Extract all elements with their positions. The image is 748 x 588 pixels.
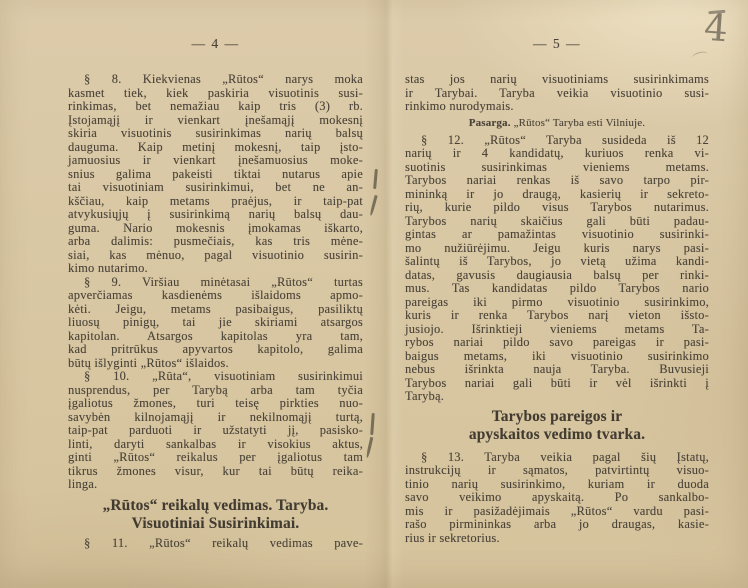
- text-line: Tarybos pareigos ir: [405, 408, 709, 427]
- text-line: § 12. „Rūtos“ Taryba susideda iš 12: [405, 134, 709, 148]
- note-pasarga: Pasarga. „Rūtos“ Taryba esti Vilniuje.: [405, 117, 709, 130]
- text-line: snius galima pakeisti tiktai nutarus api…: [68, 168, 363, 182]
- text-line: kasmet tiek, kiek paskiria visuotinis su…: [68, 87, 363, 101]
- text-line: apyskaitos vedimo tvarka.: [405, 426, 709, 445]
- text-line: dauguma. Kaip metinį mokesnį, taip įsto-: [68, 141, 363, 155]
- text-line: Tarybos narių skaičius gali būti padau-: [405, 215, 709, 229]
- text-line: narių ir 4 kandidatų, kuriuos renka vi-: [405, 147, 709, 161]
- text-line: savo veikimo apyskaitą. Po sankalbo-: [405, 491, 709, 505]
- text-line: Tarybą.: [405, 390, 709, 404]
- page-gutter-crease: [364, 0, 404, 588]
- paragraph-section-11-continued: stas jos narių visuotiniams susirinkimam…: [405, 73, 709, 114]
- text-line: § 11. „Rūtos“ reikalų vedimas pave-: [68, 537, 363, 551]
- scanned-book-spread: — 4 — § 8. Kiekvienas „Rūtos“ narys moka…: [0, 0, 748, 588]
- text-line: stas jos narių visuotiniams susirinkimam…: [405, 73, 709, 87]
- text-line: kapitolan. Atsargos kapitolas yra tam,: [68, 330, 363, 344]
- text-line: guma. Nario mokesnis įmokamas iškarto,: [68, 222, 363, 236]
- text-line: datas, gavusis daugiausia balsų per rink…: [405, 269, 709, 283]
- text-line: linga.: [68, 478, 363, 492]
- paragraph-section-11: § 11. „Rūtos“ reikalų vedimas pave-: [68, 537, 363, 551]
- text-line: mo nužiūrėjimu. Jeigu kuris narys pasi-: [405, 242, 709, 256]
- text-line: Įstojamąjį ir vienkart įnešamąjį mokesnį: [68, 114, 363, 128]
- text-line: kščiau, kaip metams praėjus, ir taip-pat: [68, 195, 363, 209]
- paragraph-section-12: § 12. „Rūtos“ Taryba susideda iš 12narių…: [405, 134, 709, 404]
- text-line: § 9. Viršiau minėtasai „Rūtos“ turtas: [68, 276, 363, 290]
- text-line: nebus išrinkta nauja Taryba. Buvusieji: [405, 363, 709, 377]
- text-line: savybėn kilnojamąjį ir nekilnomąjį turtą…: [68, 411, 363, 425]
- text-line: § 8. Kiekvienas „Rūtos“ narys moka: [68, 73, 363, 87]
- text-line: kuris ir renka Tarybos narį vieton išsto…: [405, 309, 709, 323]
- text-line: liuosų pinigų, tai jie skiriami atsargos: [68, 316, 363, 330]
- text-line: rinkimo nurodymais.: [405, 100, 709, 114]
- page-5: — 5 — stas jos narių visuotiniams susiri…: [405, 36, 709, 545]
- text-line: rašo pirmininkas arba jo draugas, kasie-: [405, 518, 709, 532]
- text-line: jusiojo. Išrinktieji vieniems metams Ta-: [405, 323, 709, 337]
- text-line: mininką ir jo draugą, kasierių ir sekret…: [405, 188, 709, 202]
- paragraph-section-9: § 9. Viršiau minėtasai „Rūtos“ turtasapv…: [68, 276, 363, 371]
- text-line: tinio narių susirinkimo, kuriam ir duoda: [405, 478, 709, 492]
- text-line: tai visuotiniam susirinkimui, bet ne an-: [68, 181, 363, 195]
- text-line: kad pritrūkus apyvartos kapitolo, galima: [68, 343, 363, 357]
- section-heading-tarybos-pareigos: Tarybos pareigos irapyskaitos vedimo tva…: [405, 408, 709, 445]
- text-line: įgaliotus žmones, turi teisę pirkties nu…: [68, 397, 363, 411]
- text-line: skiria visuotinis susirinkimas narių bal…: [68, 127, 363, 141]
- text-line: šalintų iš Tarybos, jo vietą užima kandi…: [405, 255, 709, 269]
- text-line: suotinis susirinkimas vieniems metams.: [405, 161, 709, 175]
- text-line: instrukcijų ir sąmatos, patvirtintų visu…: [405, 464, 709, 478]
- text-line: atvykusiųjų į susirinkimą narių balsų da…: [68, 208, 363, 222]
- text-line: tikrus žmones visur, kur tai būtų reika-: [68, 465, 363, 479]
- text-line: Tarybos nariai gali būti ir vėl išrinkti…: [405, 377, 709, 391]
- paragraph-section-10: § 10. „Rūta“, visuotiniam susirinkimuinu…: [68, 370, 363, 492]
- section-heading-rutos-reikalu-vedimas: „Rūtos“ reikalų vedimas. Taryba.Visuotin…: [68, 497, 363, 534]
- text-line: kimo nutarimo.: [68, 262, 363, 276]
- text-line: taip-pat parduoti ir užstatyti jį, pasis…: [68, 424, 363, 438]
- text-line: baigus metams, iki visuotinio susirinkim…: [405, 350, 709, 364]
- text-line: linti, daryti sankalbas ir visokius aktu…: [68, 438, 363, 452]
- text-line: mis ir pasižadėjimais „Rūtos“ vardu pasi…: [405, 505, 709, 519]
- note-label: Pasarga.: [469, 117, 511, 129]
- text-line: nusprendus, per Tarybą arba tam tyčia: [68, 384, 363, 398]
- text-line: rius ir sekretorius.: [405, 532, 709, 546]
- text-line: ir Tarybai. Taryba veikia visuotinio sus…: [405, 87, 709, 101]
- handwritten-page-number: 4: [702, 7, 743, 58]
- text-line: rybos nariai pildo savo pareigas ir pasi…: [405, 336, 709, 350]
- text-line: pareigas iki pirmo visuotinio susirinkim…: [405, 296, 709, 310]
- text-line: gintas ar pamažintas visuotinio susirink…: [405, 228, 709, 242]
- text-line: „Rūtos“ reikalų vedimas. Taryba.: [68, 497, 363, 516]
- text-line: arba dalimis: pusmečiais, kas tris mėne-: [68, 235, 363, 249]
- paragraph-section-8: § 8. Kiekvienas „Rūtos“ narys mokakasmet…: [68, 73, 363, 276]
- text-line: § 10. „Rūta“, visuotiniam susirinkimui: [68, 370, 363, 384]
- text-line: rių, kurie pildo visus Tarybos nutarimus…: [405, 201, 709, 215]
- text-line: mus. Tas kandidatas pildo Tarybos nario: [405, 282, 709, 296]
- page-4: — 4 — § 8. Kiekvienas „Rūtos“ narys moka…: [68, 36, 363, 550]
- page-number-left: — 4 —: [68, 36, 363, 52]
- text-line: kėti. Jeigu, metams pasibaigus, pasilikt…: [68, 303, 363, 317]
- text-line: § 13. Taryba veikia pagal šių Įstatų,: [405, 451, 709, 465]
- note-text: „Rūtos“ Taryba esti Vilniuje.: [514, 117, 646, 129]
- text-line: jamuosius ir vienkart įnešamuosius moke-: [68, 154, 363, 168]
- text-line: siai, kas mėnuo, pagal visuotinio susiri…: [68, 249, 363, 263]
- text-line: rinkimas, bet nemažiau kaip tris (3) rb.: [68, 100, 363, 114]
- text-line: Tarybos nariai renkas iš savo tarpo pir-: [405, 174, 709, 188]
- page-number-right: — 5 —: [405, 36, 709, 52]
- text-line: Visuotiniai Susirinkimai.: [68, 515, 363, 534]
- text-line: būtų išlyginti „Rūtos“ išlaidos.: [68, 357, 363, 371]
- paragraph-section-13: § 13. Taryba veikia pagal šių Įstatų,ins…: [405, 451, 709, 546]
- text-line: apverčiamas kasdienėms išlaidoms apmo-: [68, 289, 363, 303]
- text-line: ginti „Rūtos“ reikalus per įgaliotus tam: [68, 451, 363, 465]
